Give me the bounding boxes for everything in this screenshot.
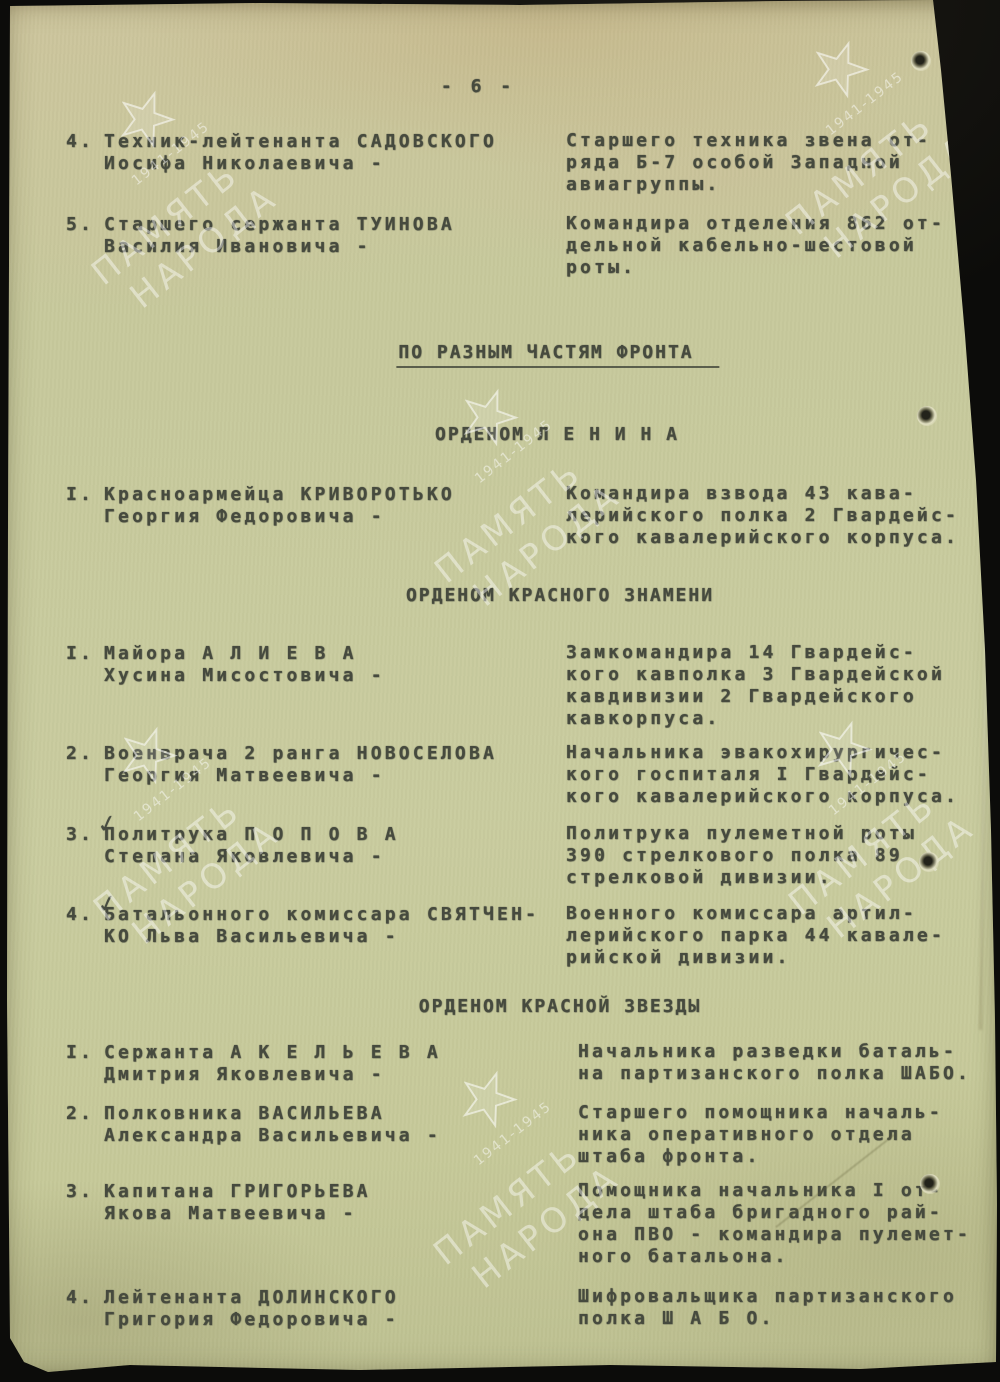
- paper-sheet: - 6 - 4. Техник-лейтенанта САДОВСКОГО Ио…: [0, 0, 1000, 1382]
- entry-number: 5.: [66, 214, 94, 236]
- scanned-document-page: - 6 - 4. Техник-лейтенанта САДОВСКОГО Ио…: [0, 0, 1000, 1382]
- entry-number: I.: [66, 1042, 94, 1064]
- entry-position-line: кого кавалерийского корпуса.: [566, 527, 959, 549]
- entry-position-line: рийской дивизии.: [566, 947, 945, 969]
- entry-number: 2.: [66, 743, 94, 765]
- entry-position-line: стрелковой дивизии.: [566, 867, 917, 889]
- entry-name-line: Георгия Федоровича -: [104, 506, 455, 528]
- entry-position-line: кавкорпуса.: [566, 708, 945, 730]
- entry-position-line: Начальника эвакохирургичес-: [566, 742, 959, 764]
- paper-crease: [979, 610, 988, 1030]
- front-units-header: ПО РАЗНЫМ ЧАСТЯМ ФРОНТА: [396, 342, 719, 363]
- punch-hole: [919, 852, 939, 872]
- punch-hole: [917, 406, 937, 426]
- entry-position-line: роты.: [566, 257, 945, 279]
- entry-name-line: Дмитрия Яковлевича -: [104, 1064, 441, 1086]
- entry-position-line: лерийского полка 2 Гвардейс-: [566, 505, 959, 527]
- entry-position-line: кого кавполка 3 Гвардейской: [566, 664, 945, 686]
- entry-position-line: штаба фронта.: [578, 1146, 943, 1168]
- entry-position-line: авиагруппы.: [566, 174, 931, 196]
- entry-number: I.: [66, 484, 94, 506]
- pamyat-naroda-watermark: 1941-1945 ПАМЯТЬ НАРОДА: [14, 37, 339, 358]
- entry-position-line: кавдивизии 2 Гвардейского: [566, 686, 945, 708]
- entry-position-line: Политрука пулеметной роты: [566, 823, 917, 845]
- watermark-years: 1941-1945: [458, 405, 570, 498]
- entry-name-line: Старшего сержанта ТУИНОВА: [104, 214, 455, 236]
- entry-name-line: Техник-лейтенанта САДОВСКОГО: [104, 131, 497, 153]
- entry-name-line: Майора А Л И Е В А: [104, 643, 385, 665]
- entry-number: I.: [66, 643, 94, 665]
- entry-name-line: Степана Яковлевича -: [104, 846, 399, 868]
- entry-position-line: ного батальона.: [578, 1246, 971, 1268]
- entry-name-line: Григория Федоровича -: [104, 1309, 399, 1331]
- entry-position-line: она ПВО - командира пулемет-: [578, 1224, 971, 1246]
- punch-hole: [920, 1174, 940, 1194]
- entry-name-line: Полковника ВАСИЛЬЕВА: [104, 1103, 441, 1125]
- entry-name-line: Хусина Мисостовича -: [104, 665, 385, 687]
- entry-position-line: полка Ш А Б О.: [578, 1308, 957, 1330]
- entry-position-line: кого госпиталя I Гвардейс-: [566, 764, 959, 786]
- watermark-years: 1941-1945: [457, 1087, 569, 1180]
- entry-number: 4.: [66, 131, 94, 153]
- entry-number: 2.: [66, 1103, 94, 1125]
- entry-name-line: Сержанта А К Е Л Ь Е В А: [104, 1042, 441, 1064]
- entry-position-line: Военного комиссара артил-: [566, 903, 945, 925]
- entry-position-line: Замкомандира 14 Гвардейс-: [566, 642, 945, 664]
- entry-position-line: Старшего помощника началь-: [578, 1102, 943, 1124]
- entry-position-line: ряда Б-7 особой Западной: [566, 152, 931, 174]
- entry-name-line: Иосифа Николаевича -: [104, 153, 497, 175]
- entry-name-line: Георгия Матвеевича -: [104, 765, 497, 787]
- star-icon: [799, 29, 880, 110]
- entry-position-line: лерийского парка 44 кавале-: [566, 925, 945, 947]
- front-units-header-text: ПО РАЗНЫМ ЧАСТЯМ ФРОНТА: [396, 342, 719, 368]
- entry-position-line: Помощника начальника I от-: [578, 1180, 971, 1202]
- entry-position-line: Старшего техника звена от-: [566, 130, 931, 152]
- entry-name-line: Василия Ивановича -: [104, 236, 455, 258]
- entry-position-line: Шифровальщика партизанского: [578, 1286, 957, 1308]
- star-icon: [447, 1059, 528, 1140]
- entry-position-line: Командира отделения 862 от-: [566, 213, 945, 235]
- entry-name-line: Батальонного комиссара СВЯТЧЕН-: [104, 904, 539, 926]
- entry-name-line: Красноармейца КРИВОРОТЬКО: [104, 484, 455, 506]
- entry-position-line: Начальника разведки баталь-: [578, 1041, 971, 1063]
- entry-position-line: на партизанского полка ШАБО.: [578, 1063, 971, 1085]
- page-number: - 6 -: [441, 76, 515, 97]
- entry-name-line: Политрука П О П О В А: [104, 824, 399, 846]
- section-title-krasnoy-zvezdy: ОРДЕНОМ КРАСНОЙ ЗВЕЗДЫ: [419, 996, 701, 1017]
- star-icon: [448, 377, 529, 458]
- entry-number: 3.: [66, 824, 94, 846]
- entry-position-line: Командира взвода 43 кава-: [566, 483, 959, 505]
- section-title-orden-lenina: ОРДЕНОМ Л Е Н И Н А: [435, 424, 679, 445]
- entry-number: 4.: [66, 904, 94, 926]
- entry-name-line: Якова Матвеевича -: [104, 1203, 371, 1225]
- entry-number: 3.: [66, 1181, 94, 1203]
- entry-name-line: Капитана ГРИГОРЬЕВА: [104, 1181, 371, 1203]
- entry-position-line: 390 стрелкового полка 89: [566, 845, 917, 867]
- entry-position-line: дельной кабельно-шестовой: [566, 235, 945, 257]
- watermark-title: ПАМЯТЬ: [426, 1134, 589, 1274]
- entry-position-line: ника оперативного отдела: [578, 1124, 943, 1146]
- section-title-krasnogo-znameni: ОРДЕНОМ КРАСНОГО ЗНАМЕНИ: [406, 585, 714, 606]
- entry-position-line: дела штаба бригадного рай-: [578, 1202, 971, 1224]
- entry-name-line: Лейтенанта ДОЛИНСКОГО: [104, 1287, 399, 1309]
- entry-name-line: Александра Васильевича -: [104, 1125, 441, 1147]
- entry-number: 4.: [66, 1287, 94, 1309]
- entry-name-line: Военврача 2 ранга НОВОСЕЛОВА: [104, 743, 497, 765]
- entry-name-line: КО Льва Васильевича -: [104, 926, 539, 948]
- punch-hole: [911, 51, 931, 71]
- entry-position-line: кого кавалерийского корпуса.: [566, 786, 959, 808]
